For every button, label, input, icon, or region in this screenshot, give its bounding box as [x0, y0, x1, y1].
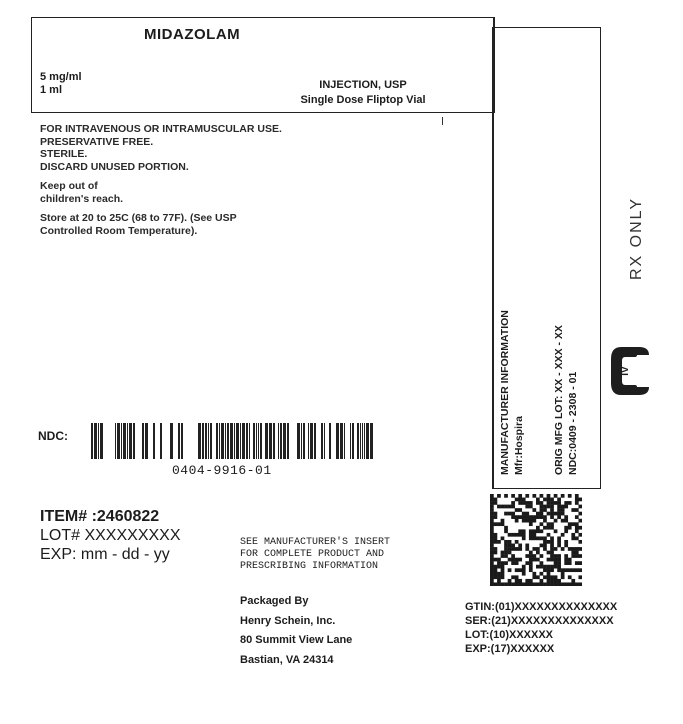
serial: SER:(21)XXXXXXXXXXXXXX: [465, 614, 617, 628]
packager-block: Packaged By Henry Schein, Inc. 80 Summit…: [240, 592, 352, 670]
children-warning: children's reach.: [40, 193, 282, 206]
ndc-label: NDC:: [38, 429, 68, 443]
warnings-block: FOR INTRAVENOUS OR INTRAMUSCULAR USE. PR…: [40, 123, 282, 237]
gs1-exp: EXP:(17)XXXXXX: [465, 642, 617, 656]
lot-number: LOT# XXXXXXXXX: [40, 526, 181, 545]
warning-line: STERILE.: [40, 148, 282, 161]
manufacturer-heading: MANUFACTURER INFORMATION: [498, 310, 512, 475]
storage-line: Store at 20 to 25C (68 to 77F). (See USP: [40, 212, 282, 225]
insert-line: SEE MANUFACTURER'S INSERT: [240, 537, 390, 549]
warning-line: FOR INTRAVENOUS OR INTRAMUSCULAR USE.: [40, 123, 282, 136]
item-number: ITEM# :2460822: [40, 507, 181, 526]
drug-name: MIDAZOLAM: [144, 26, 240, 43]
strength: 5 mg/ml: [40, 71, 82, 84]
dosage-form: INJECTION, USP: [258, 78, 468, 93]
manufacturer-name: Mfr:Hospira: [512, 310, 526, 475]
warning-line: PRESERVATIVE FREE.: [40, 136, 282, 149]
schedule-civ-icon: IV: [609, 345, 651, 397]
svg-text:IV: IV: [620, 366, 631, 376]
volume: 1 ml: [40, 84, 82, 97]
gtin: GTIN:(01)XXXXXXXXXXXXXX: [465, 600, 617, 614]
packager-name: Henry Schein, Inc.: [240, 612, 352, 632]
packager-street: 80 Summit View Lane: [240, 631, 352, 651]
item-block: ITEM# :2460822 LOT# XXXXXXXXX EXP: mm - …: [40, 507, 181, 564]
insert-line: PRESCRIBING INFORMATION: [240, 561, 390, 573]
expiration: EXP: mm - dd - yy: [40, 545, 181, 564]
packaged-by: Packaged By: [240, 592, 352, 612]
manufacturer-info: MANUFACTURER INFORMATION Mfr:Hospira: [498, 310, 526, 475]
ndc-number: 0404-9916-01: [172, 463, 272, 478]
orig-lot: ORIG MFG LOT: XX - XXX - XX: [552, 325, 566, 475]
datamatrix-code: [490, 494, 582, 586]
packager-city: Bastian, VA 24314: [240, 651, 352, 671]
gs1-lot: LOT:(10)XXXXXX: [465, 628, 617, 642]
form-block: INJECTION, USP Single Dose Fliptop Vial: [258, 78, 468, 108]
warning-line: DISCARD UNUSED PORTION.: [40, 161, 282, 174]
orig-ndc: NDC:0409 - 2308 - 01: [566, 325, 580, 475]
orig-lot-info: ORIG MFG LOT: XX - XXX - XX NDC:0409 - 2…: [552, 325, 580, 475]
barcode: [88, 423, 376, 459]
tick-mark: [442, 117, 443, 125]
children-warning: Keep out of: [40, 180, 282, 193]
storage-line: Controlled Room Temperature).: [40, 225, 282, 238]
insert-note: SEE MANUFACTURER'S INSERT FOR COMPLETE P…: [240, 537, 390, 573]
strength-block: 5 mg/ml 1 ml: [40, 71, 82, 97]
container-type: Single Dose Fliptop Vial: [258, 93, 468, 108]
gs1-block: GTIN:(01)XXXXXXXXXXXXXX SER:(21)XXXXXXXX…: [465, 600, 617, 656]
rx-only: RX ONLY: [628, 197, 646, 280]
insert-line: FOR COMPLETE PRODUCT AND: [240, 549, 390, 561]
